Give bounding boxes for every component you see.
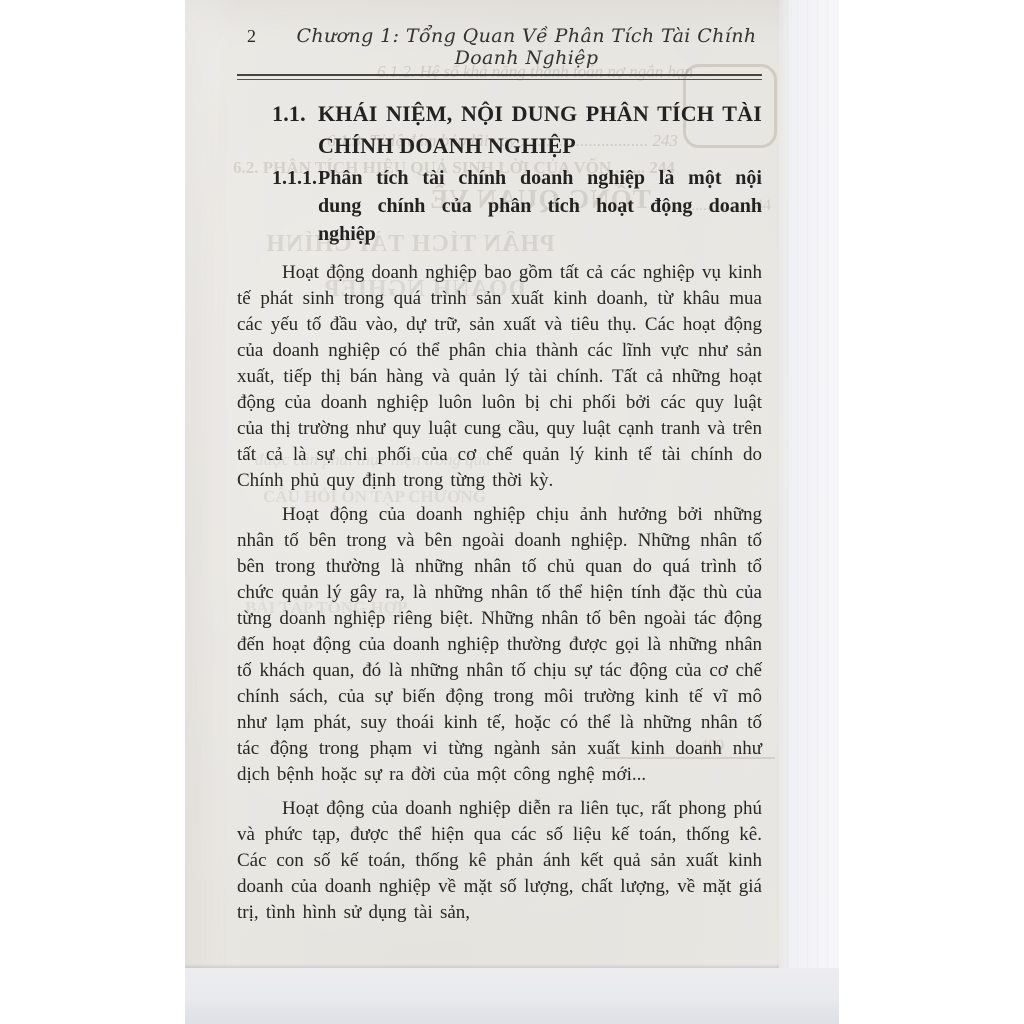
running-head: 2 Chương 1: Tổng Quan Về Phân Tích Tài C… (237, 0, 762, 69)
heading-text: CHÍNH DOANH NGHIỆP (318, 130, 762, 162)
heading-line: 1.1. KHÁI NIỆM, NỘI DUNG PHÂN TÍCH TÀI (272, 98, 762, 130)
heading-text: nghiệp (318, 220, 762, 248)
header-double-rule (237, 74, 762, 80)
table-surface (185, 968, 839, 1024)
body-paragraph: Hoạt động của doanh nghiệp chịu ảnh hưởn… (237, 502, 762, 788)
heading-line: 1.1.1. Phân tích tài chính doanh nghiệp … (272, 164, 762, 192)
body-paragraph: Hoạt động của doanh nghiệp diễn ra liên … (237, 796, 762, 926)
heading-text: dung chính của phân tích hoạt động doanh (318, 192, 762, 220)
section-heading-1-1: 1.1. KHÁI NIỆM, NỘI DUNG PHÂN TÍCH TÀI C… (272, 98, 762, 162)
page-content: 2 Chương 1: Tổng Quan Về Phân Tích Tài C… (237, 0, 762, 926)
heading-text: Phân tích tài chính doanh nghiệp là một … (318, 164, 762, 192)
book-page-photo: 6.1.2. Hệ số khả năng thanh toán nợ ngắn… (185, 0, 839, 1024)
page-number: 2 (237, 26, 291, 47)
subsection-heading-1-1-1: 1.1.1. Phân tích tài chính doanh nghiệp … (272, 164, 762, 248)
running-head-title: Chương 1: Tổng Quan Về Phân Tích Tài Chí… (291, 25, 762, 69)
heading-number: 1.1.1. (272, 164, 318, 192)
heading-number: 1.1. (272, 98, 318, 130)
photo-backdrop: 6.1.2. Hệ số khả năng thanh toán nợ ngắn… (0, 0, 1024, 1024)
heading-text: KHÁI NIỆM, NỘI DUNG PHÂN TÍCH TÀI (318, 98, 762, 130)
page-right-edge (777, 0, 839, 970)
body-paragraph: Hoạt động doanh nghiệp bao gồm tất cả cá… (237, 260, 762, 494)
